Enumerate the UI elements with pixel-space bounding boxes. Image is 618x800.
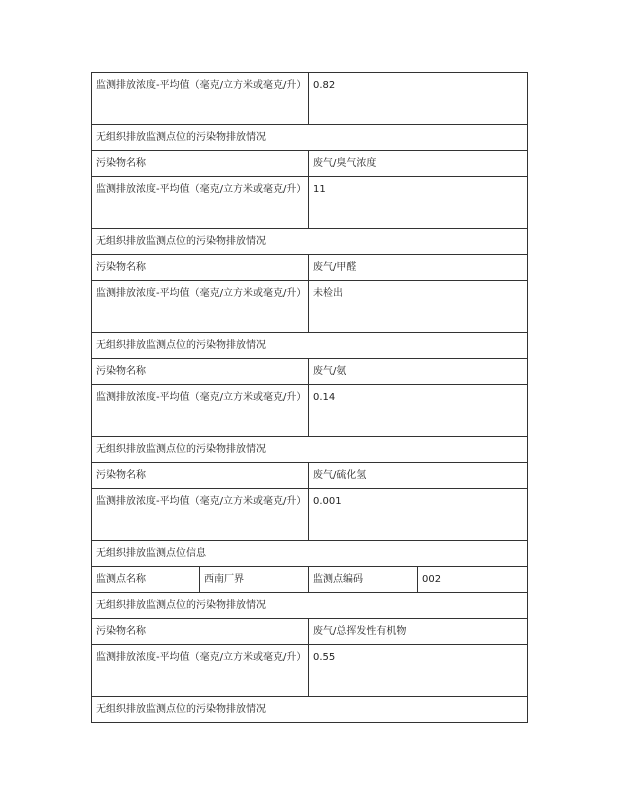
table-row: 监测排放浓度-平均值（毫克/立方米或毫克/升） 0.14 xyxy=(92,385,528,437)
section-header: 无组织排放监测点位的污染物排放情况 xyxy=(92,333,528,359)
table-row: 无组织排放监测点位的污染物排放情况 xyxy=(92,437,528,463)
table-row: 监测排放浓度-平均值（毫克/立方米或毫克/升） 0.82 xyxy=(92,73,528,125)
pollutant-name-label: 污染物名称 xyxy=(92,359,309,385)
concentration-label: 监测排放浓度-平均值（毫克/立方米或毫克/升） xyxy=(92,489,309,541)
concentration-label: 监测排放浓度-平均值（毫克/立方米或毫克/升） xyxy=(92,281,309,333)
section-header: 无组织排放监测点位信息 xyxy=(92,541,528,567)
pollutant-name-label: 污染物名称 xyxy=(92,463,309,489)
table-row: 监测排放浓度-平均值（毫克/立方米或毫克/升） 0.001 xyxy=(92,489,528,541)
table-row: 污染物名称 废气/甲醛 xyxy=(92,255,528,281)
table-row: 监测排放浓度-平均值（毫克/立方米或毫克/升） 0.55 xyxy=(92,645,528,697)
section-header: 无组织排放监测点位的污染物排放情况 xyxy=(92,125,528,151)
table-row: 监测点名称 西南厂界 监测点编码 002 xyxy=(92,567,528,593)
table-row: 无组织排放监测点位信息 xyxy=(92,541,528,567)
section-header: 无组织排放监测点位的污染物排放情况 xyxy=(92,697,528,723)
table-row: 无组织排放监测点位的污染物排放情况 xyxy=(92,229,528,255)
table-row: 污染物名称 废气/硫化氢 xyxy=(92,463,528,489)
monitoring-point-code-label: 监测点编码 xyxy=(309,567,418,593)
pollutant-name-value: 废气/硫化氢 xyxy=(309,463,528,489)
concentration-value: 0.82 xyxy=(309,73,528,125)
monitoring-point-name-label: 监测点名称 xyxy=(92,567,200,593)
concentration-value: 未检出 xyxy=(309,281,528,333)
section-header: 无组织排放监测点位的污染物排放情况 xyxy=(92,593,528,619)
table-row: 污染物名称 废气/臭气浓度 xyxy=(92,151,528,177)
section-header: 无组织排放监测点位的污染物排放情况 xyxy=(92,229,528,255)
pollutant-name-value: 废气/臭气浓度 xyxy=(309,151,528,177)
concentration-label: 监测排放浓度-平均值（毫克/立方米或毫克/升） xyxy=(92,177,309,229)
pollutant-name-label: 污染物名称 xyxy=(92,619,309,645)
concentration-value: 0.55 xyxy=(309,645,528,697)
pollutant-name-label: 污染物名称 xyxy=(92,151,309,177)
table-row: 无组织排放监测点位的污染物排放情况 xyxy=(92,125,528,151)
table-row: 无组织排放监测点位的污染物排放情况 xyxy=(92,697,528,723)
concentration-label: 监测排放浓度-平均值（毫克/立方米或毫克/升） xyxy=(92,73,309,125)
table-row: 无组织排放监测点位的污染物排放情况 xyxy=(92,333,528,359)
table-row: 无组织排放监测点位的污染物排放情况 xyxy=(92,593,528,619)
concentration-value: 11 xyxy=(309,177,528,229)
table-row: 监测排放浓度-平均值（毫克/立方米或毫克/升） 未检出 xyxy=(92,281,528,333)
pollutant-name-value: 废气/甲醛 xyxy=(309,255,528,281)
document-page: 监测排放浓度-平均值（毫克/立方米或毫克/升） 0.82 无组织排放监测点位的污… xyxy=(0,0,618,800)
pollutant-name-value: 废气/氨 xyxy=(309,359,528,385)
section-header: 无组织排放监测点位的污染物排放情况 xyxy=(92,437,528,463)
concentration-label: 监测排放浓度-平均值（毫克/立方米或毫克/升） xyxy=(92,645,309,697)
concentration-value: 0.14 xyxy=(309,385,528,437)
emission-monitoring-table: 监测排放浓度-平均值（毫克/立方米或毫克/升） 0.82 无组织排放监测点位的污… xyxy=(91,72,528,723)
table-row: 污染物名称 废气/氨 xyxy=(92,359,528,385)
monitoring-point-name-value: 西南厂界 xyxy=(200,567,309,593)
pollutant-name-value: 废气/总挥发性有机物 xyxy=(309,619,528,645)
table-row: 监测排放浓度-平均值（毫克/立方米或毫克/升） 11 xyxy=(92,177,528,229)
monitoring-point-code-value: 002 xyxy=(418,567,528,593)
pollutant-name-label: 污染物名称 xyxy=(92,255,309,281)
concentration-label: 监测排放浓度-平均值（毫克/立方米或毫克/升） xyxy=(92,385,309,437)
concentration-value: 0.001 xyxy=(309,489,528,541)
table-row: 污染物名称 废气/总挥发性有机物 xyxy=(92,619,528,645)
